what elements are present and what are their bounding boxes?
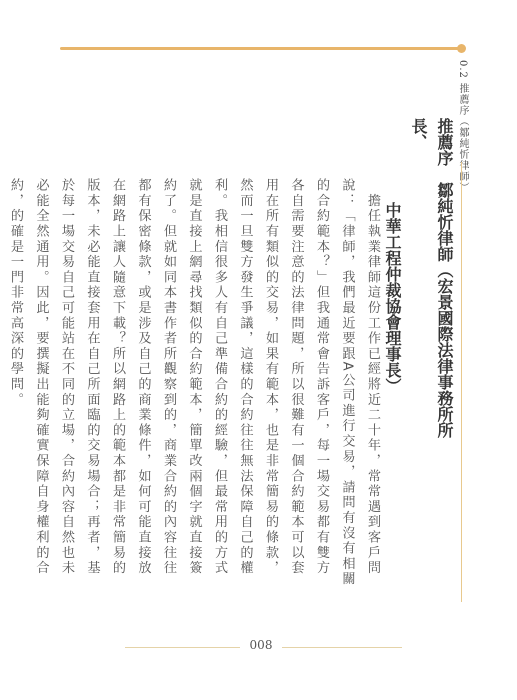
footer-rule-left <box>125 647 240 648</box>
top-rule-dot <box>457 44 466 53</box>
section-title: 推薦序 鄒純忻律師（宏景國際法律事務所所長、 中華工程仲裁協會理事長） <box>379 118 457 458</box>
body-text: 擔任執業律師這份工作已經將近二十年，常常遇到客戶問說：「律師，我們最近要跟A公司… <box>65 178 385 588</box>
paragraph-1: 擔任執業律師這份工作已經將近二十年，常常遇到客戶問說：「律師，我們最近要跟A公司… <box>3 178 386 588</box>
footer-rule-right <box>282 647 402 648</box>
paragraph-2: 認識本書作者已有將近二十年，作者在成為執業律師之前，曾經在電子業擔任法務一職將近… <box>0 178 3 588</box>
page-footer: 008 <box>0 638 517 658</box>
vertical-margin-rule <box>461 162 462 602</box>
title-line-1: 推薦序 鄒純忻律師（宏景國際法律事務所所長、 <box>405 118 457 458</box>
page-number: 008 <box>240 638 282 652</box>
running-header: 0.2 推薦序（鄒純忻律師） <box>455 60 469 193</box>
top-decorative-rule <box>60 47 461 50</box>
